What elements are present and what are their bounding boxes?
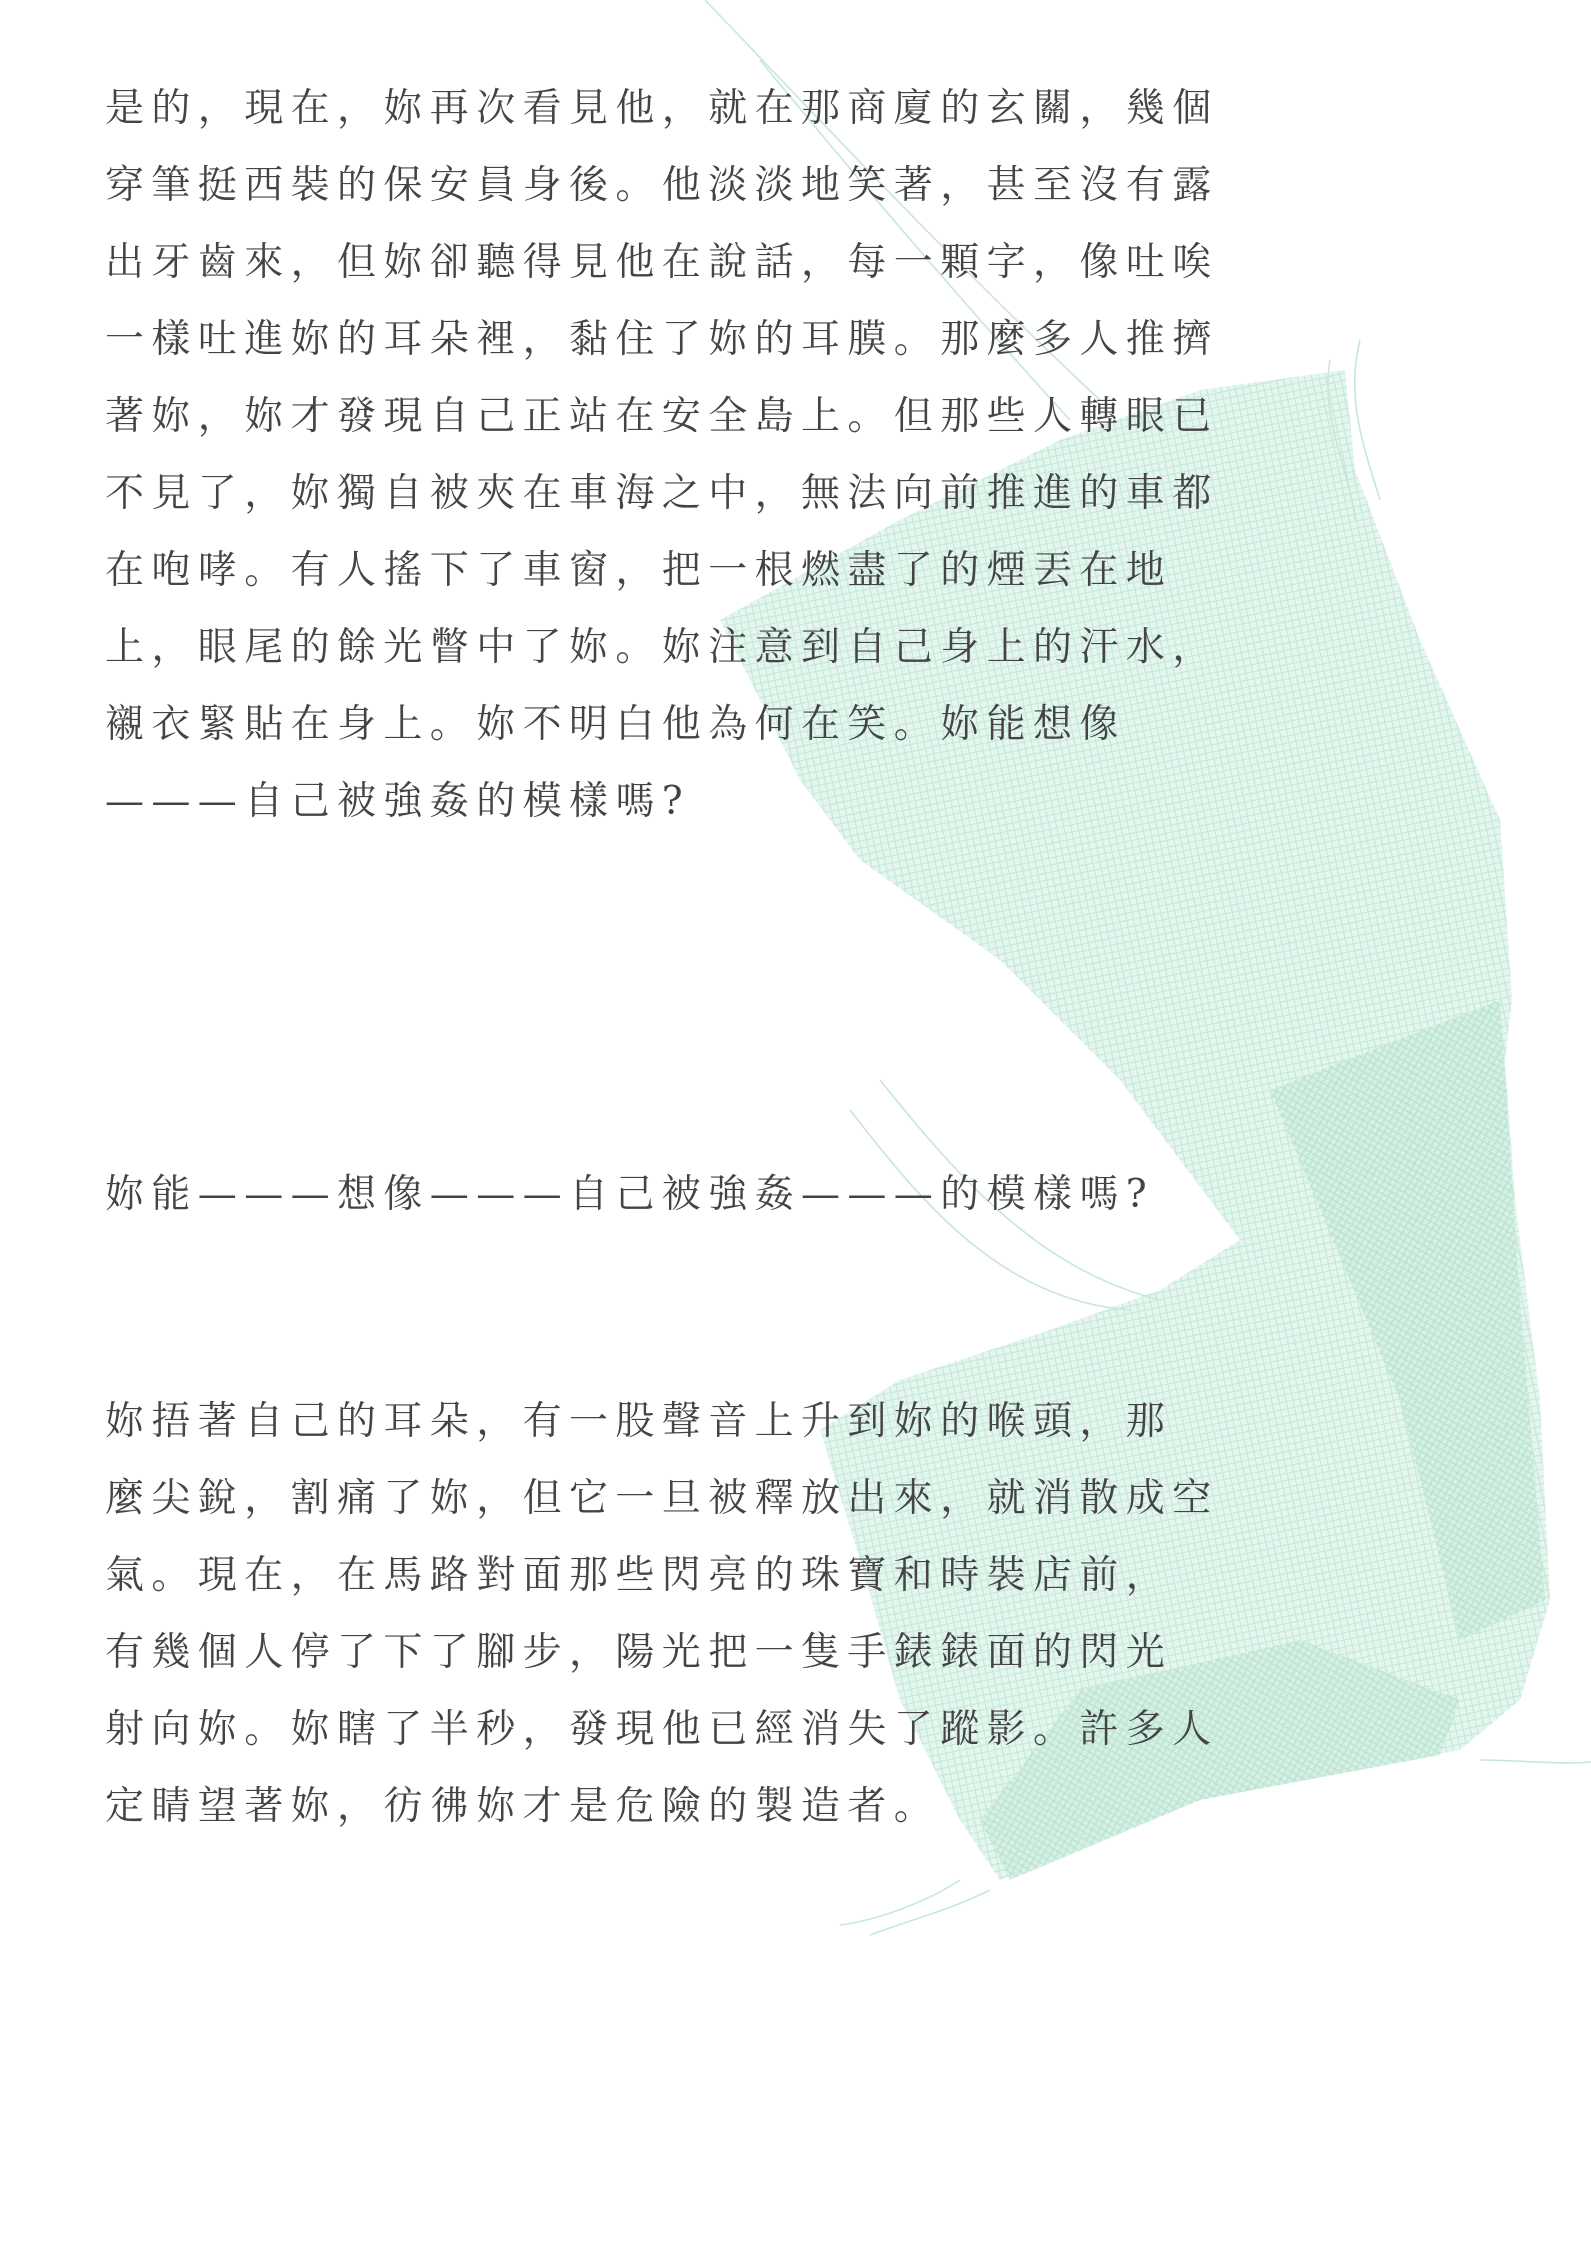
text-line: 有幾個人停了下了腳步，陽光把一隻手錶錶面的閃光 xyxy=(105,1614,1195,1691)
text-line: 是的，現在，妳再次看見他，就在那商廈的玄關，幾個 xyxy=(105,70,1195,147)
text-line: 出牙齒來，但妳卻聽得見他在說話，每一顆字，像吐唉 xyxy=(105,224,1195,301)
text-line: 妳能———想像———自己被強姦———的模樣嗎? xyxy=(105,1156,1195,1233)
text-line: 麼尖銳，割痛了妳，但它一旦被釋放出來，就消散成空 xyxy=(105,1460,1195,1537)
text-line: 定睛望著妳，彷彿妳才是危險的製造者。 xyxy=(105,1768,1195,1845)
text-line: 妳捂著自己的耳朵，有一股聲音上升到妳的喉頭，那 xyxy=(105,1383,1195,1460)
text-line: 穿筆挺西裝的保安員身後。他淡淡地笑著，甚至沒有露 xyxy=(105,147,1195,224)
text-line: ———自己被強姦的模樣嗎? xyxy=(105,763,1195,840)
document-page: 是的，現在，妳再次看見他，就在那商廈的玄關，幾個 穿筆挺西裝的保安員身後。他淡淡… xyxy=(0,0,1591,2250)
text-line: 不見了，妳獨自被夾在車海之中，無法向前推進的車都 xyxy=(105,455,1195,532)
paragraph-2: 妳捂著自己的耳朵，有一股聲音上升到妳的喉頭，那 麼尖銳，割痛了妳，但它一旦被釋放… xyxy=(105,1383,1195,1845)
text-line: 射向妳。妳瞎了半秒，發現他已經消失了蹤影。許多人 xyxy=(105,1691,1195,1768)
text-line: 襯衣緊貼在身上。妳不明白他為何在笑。妳能想像 xyxy=(105,686,1195,763)
text-line: 著妳，妳才發現自己正站在安全島上。但那些人轉眼已 xyxy=(105,378,1195,455)
text-line: 一樣吐進妳的耳朵裡，黏住了妳的耳膜。那麼多人推擠 xyxy=(105,301,1195,378)
text-line: 在咆哮。有人搖下了車窗，把一根燃盡了的煙丟在地 xyxy=(105,532,1195,609)
text-line: 氣。現在，在馬路對面那些閃亮的珠寶和時裝店前， xyxy=(105,1537,1195,1614)
paragraph-1: 是的，現在，妳再次看見他，就在那商廈的玄關，幾個 穿筆挺西裝的保安員身後。他淡淡… xyxy=(105,70,1195,840)
paragraph-interlude: 妳能———想像———自己被強姦———的模樣嗎? xyxy=(105,1156,1195,1233)
text-line: 上，眼尾的餘光瞥中了妳。妳注意到自己身上的汗水， xyxy=(105,609,1195,686)
